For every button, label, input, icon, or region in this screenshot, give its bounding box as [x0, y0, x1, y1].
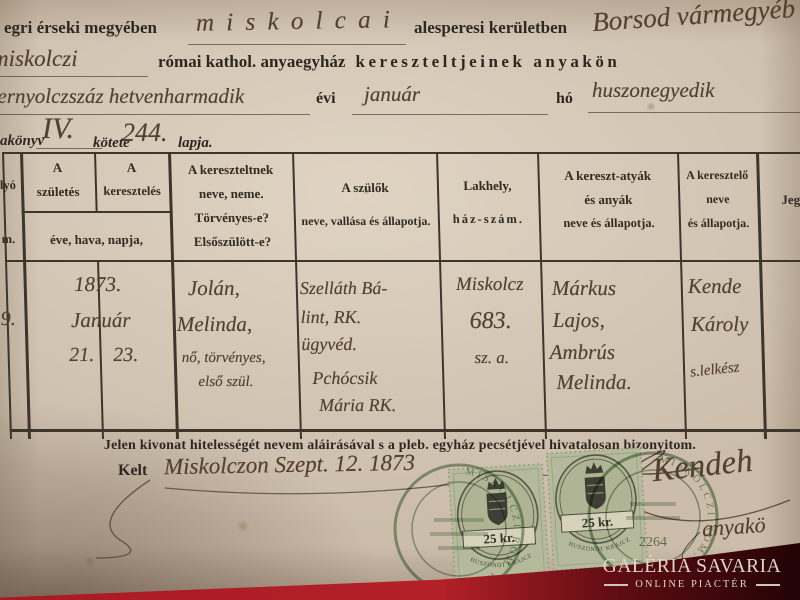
header-hand-year: ezernyolczszáz hetvenharmadik: [0, 84, 244, 109]
entry-home-3: sz. a.: [441, 348, 542, 368]
watermark-dash-left: [604, 584, 628, 586]
watermark-subtitle-text: ONLINE PIACTÉR: [635, 579, 748, 590]
entry-godparents-4: Melinda.: [556, 370, 632, 395]
entry-parents-3: ügyvéd.: [301, 334, 357, 355]
col-birth-a: A: [20, 160, 94, 176]
entry-name-2: Melinda,: [176, 312, 252, 337]
header-hand-district: m i s k o l c a i: [196, 6, 393, 37]
blank-line: [188, 44, 406, 45]
entry-baptizer-3: s.lelkész: [689, 359, 740, 381]
col-notes-frag: Jeg: [781, 192, 800, 208]
entry-name-1: Jolán,: [187, 276, 240, 301]
col-godparents-3: neve és állapotja.: [539, 216, 679, 231]
col-serial-frag1: lyó: [0, 178, 21, 193]
entry-godparents-2: Lajos,: [552, 308, 605, 333]
entry-home-1: Miskolcz: [439, 274, 540, 296]
entry-baptism-day: 23.: [105, 344, 146, 367]
col-name-4: Elsőszülött-e?: [170, 234, 294, 250]
col-parents-1: A szülők: [293, 180, 437, 196]
round-ink-stamp-left: MISKOLCZI RÓM. KAT.: [384, 454, 534, 600]
col-baptizer-3: és állapotja.: [679, 216, 758, 231]
header-hand-month: január: [364, 82, 420, 107]
header-printed-ho: hó: [556, 90, 573, 108]
entry-baptizer-1: Kende: [687, 274, 741, 299]
entry-name-3: nő, törvényes,: [182, 350, 266, 367]
col-name-1: A kereszteltnek: [168, 162, 292, 178]
header-printed-baptized: kereszteltjeinek: [355, 52, 525, 71]
col-baptizer-2: neve: [678, 192, 757, 207]
entry-year: 1873.: [51, 272, 144, 297]
col-name-3: Törvényes-e?: [170, 210, 294, 226]
col-serial-frag2: m.: [0, 232, 22, 247]
entry-godparents-3: Ambrús: [549, 340, 615, 365]
blank-line: [352, 114, 548, 115]
col-home-2: ház-szám.: [438, 212, 539, 227]
watermark-title: GALÉRIA SAVARIA: [592, 556, 792, 578]
entry-baptizer-2: Károly: [690, 312, 748, 337]
register-table: lyó m. A születés A keresztelés éve, hav…: [0, 152, 800, 452]
entry-name-4: első szül.: [198, 374, 253, 391]
watermark: GALÉRIA SAVARIA ONLINE PIACTÉR: [592, 556, 792, 590]
col-name-2: neve, neme.: [169, 186, 293, 202]
header-printed-evi: évi: [316, 90, 336, 108]
watermark-subtitle: ONLINE PIACTÉR: [592, 579, 792, 590]
header-printed-register-cut: anyakön: [533, 52, 620, 71]
col-home-1: Lakhely,: [437, 178, 538, 194]
round-stamp-text: MISKOLCZI RÓM. KAT.: [462, 466, 522, 592]
col-baptizer-1: A keresztelő: [677, 168, 756, 183]
kelt-handwritten-date: Miskolczon Szept. 12. 1873: [164, 450, 415, 480]
stain: [646, 102, 656, 111]
stain: [236, 520, 250, 532]
header-hand-volume: IV.: [42, 112, 74, 146]
stain: [84, 556, 96, 566]
blank-line: [0, 76, 148, 77]
watermark-dash-right: [756, 584, 780, 586]
header-printed-deanery: alesperesi kerületben: [414, 18, 567, 38]
col-baptism-b: keresztelés: [95, 184, 169, 199]
blank-line: [588, 112, 800, 113]
entry-home-2: 683.: [440, 308, 541, 335]
entry-parents-1: Szelláth Bá-: [300, 278, 388, 299]
entry-serial: 9.: [0, 308, 16, 331]
entry-parents-5: Mária RK.: [319, 395, 397, 416]
priest-signature-line2: anyakö: [701, 512, 766, 542]
kelt-label: Kelt: [118, 462, 147, 480]
table-border-top: [2, 152, 800, 154]
col-baptism-a: A: [94, 160, 168, 176]
header-printed-page-word: lapja.: [178, 135, 213, 152]
header-printed-diocese: egri érseki megyében: [4, 18, 157, 38]
col-godparents-1: A kereszt-atyák: [537, 168, 677, 184]
entry-godparents-1: Márkus: [551, 276, 616, 301]
photo-of-baptismal-record: egri érseki megyében m i s k o l c a i a…: [0, 0, 800, 600]
entry-parents-2: lint, RK.: [300, 307, 361, 328]
entry-birth-day: 21.: [61, 344, 102, 367]
table-vline: [2, 152, 12, 439]
col-godparents-2: és anyák: [538, 192, 678, 208]
round-stamp-number: 2264: [639, 535, 667, 550]
col-birth-b: születés: [21, 184, 95, 200]
header-hand-page: 244.: [122, 118, 168, 148]
header-hand-day: huszonegyedik: [592, 78, 714, 103]
document-paper: egri érseki megyében m i s k o l c a i a…: [0, 0, 800, 600]
entry-month: Január: [52, 308, 149, 333]
header-printed-church-line: római kathol. anyaegyház kereszteltjeine…: [158, 52, 620, 72]
entry-parents-4: Pchócsik: [312, 368, 378, 389]
header-hand-parish: miskolczi: [0, 46, 78, 72]
table-vline: [756, 152, 767, 439]
header-hand-county: Borsod vármegyéb: [591, 0, 796, 38]
col-dates-sub: éve, hava, napja,: [22, 232, 170, 248]
table-border-bottom: [10, 429, 800, 432]
col-parents-2: neve, vallása és állapotja.: [294, 214, 438, 229]
header-printed-church: római kathol. anyaegyház: [158, 52, 345, 71]
